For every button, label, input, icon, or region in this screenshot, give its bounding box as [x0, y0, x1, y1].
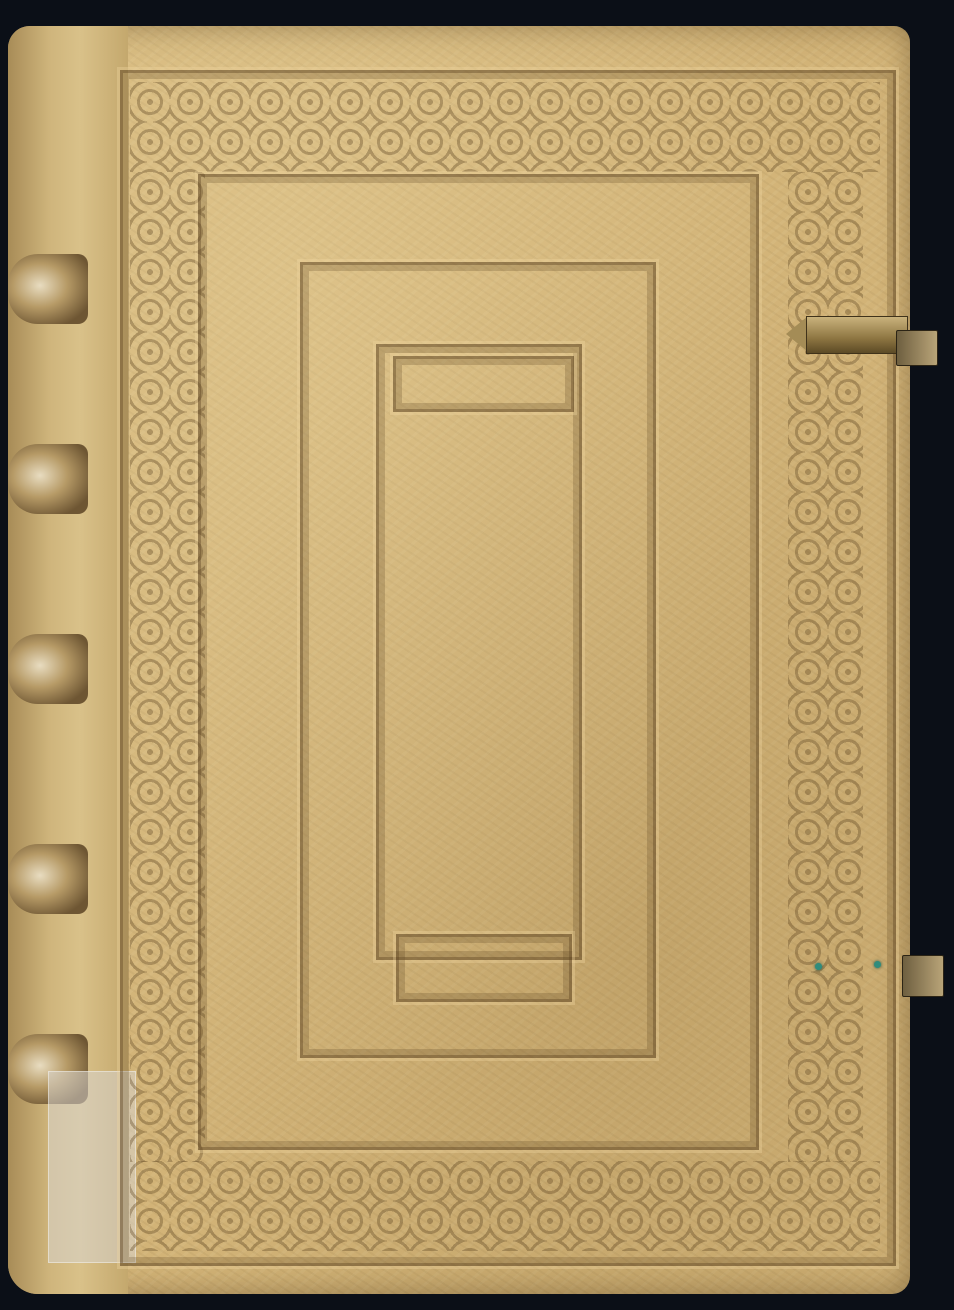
clasp-rivet	[874, 961, 881, 968]
book-cover	[8, 26, 910, 1294]
lower-cartouche	[396, 934, 572, 1002]
lower-clasp-tab	[902, 955, 944, 997]
bottom-scroll-border	[130, 1161, 880, 1251]
spine-band	[8, 634, 88, 704]
spine-band	[8, 254, 88, 324]
upper-clasp	[806, 316, 908, 354]
clasp-rivet	[815, 963, 822, 970]
upper-cartouche	[393, 356, 574, 412]
top-scroll-border	[130, 82, 880, 172]
spine-band	[8, 844, 88, 914]
upper-clasp-tip	[786, 316, 808, 352]
central-panel	[376, 344, 582, 960]
left-scroll-border	[130, 172, 205, 1162]
spine-band	[8, 444, 88, 514]
upper-clasp-tab	[896, 330, 938, 366]
